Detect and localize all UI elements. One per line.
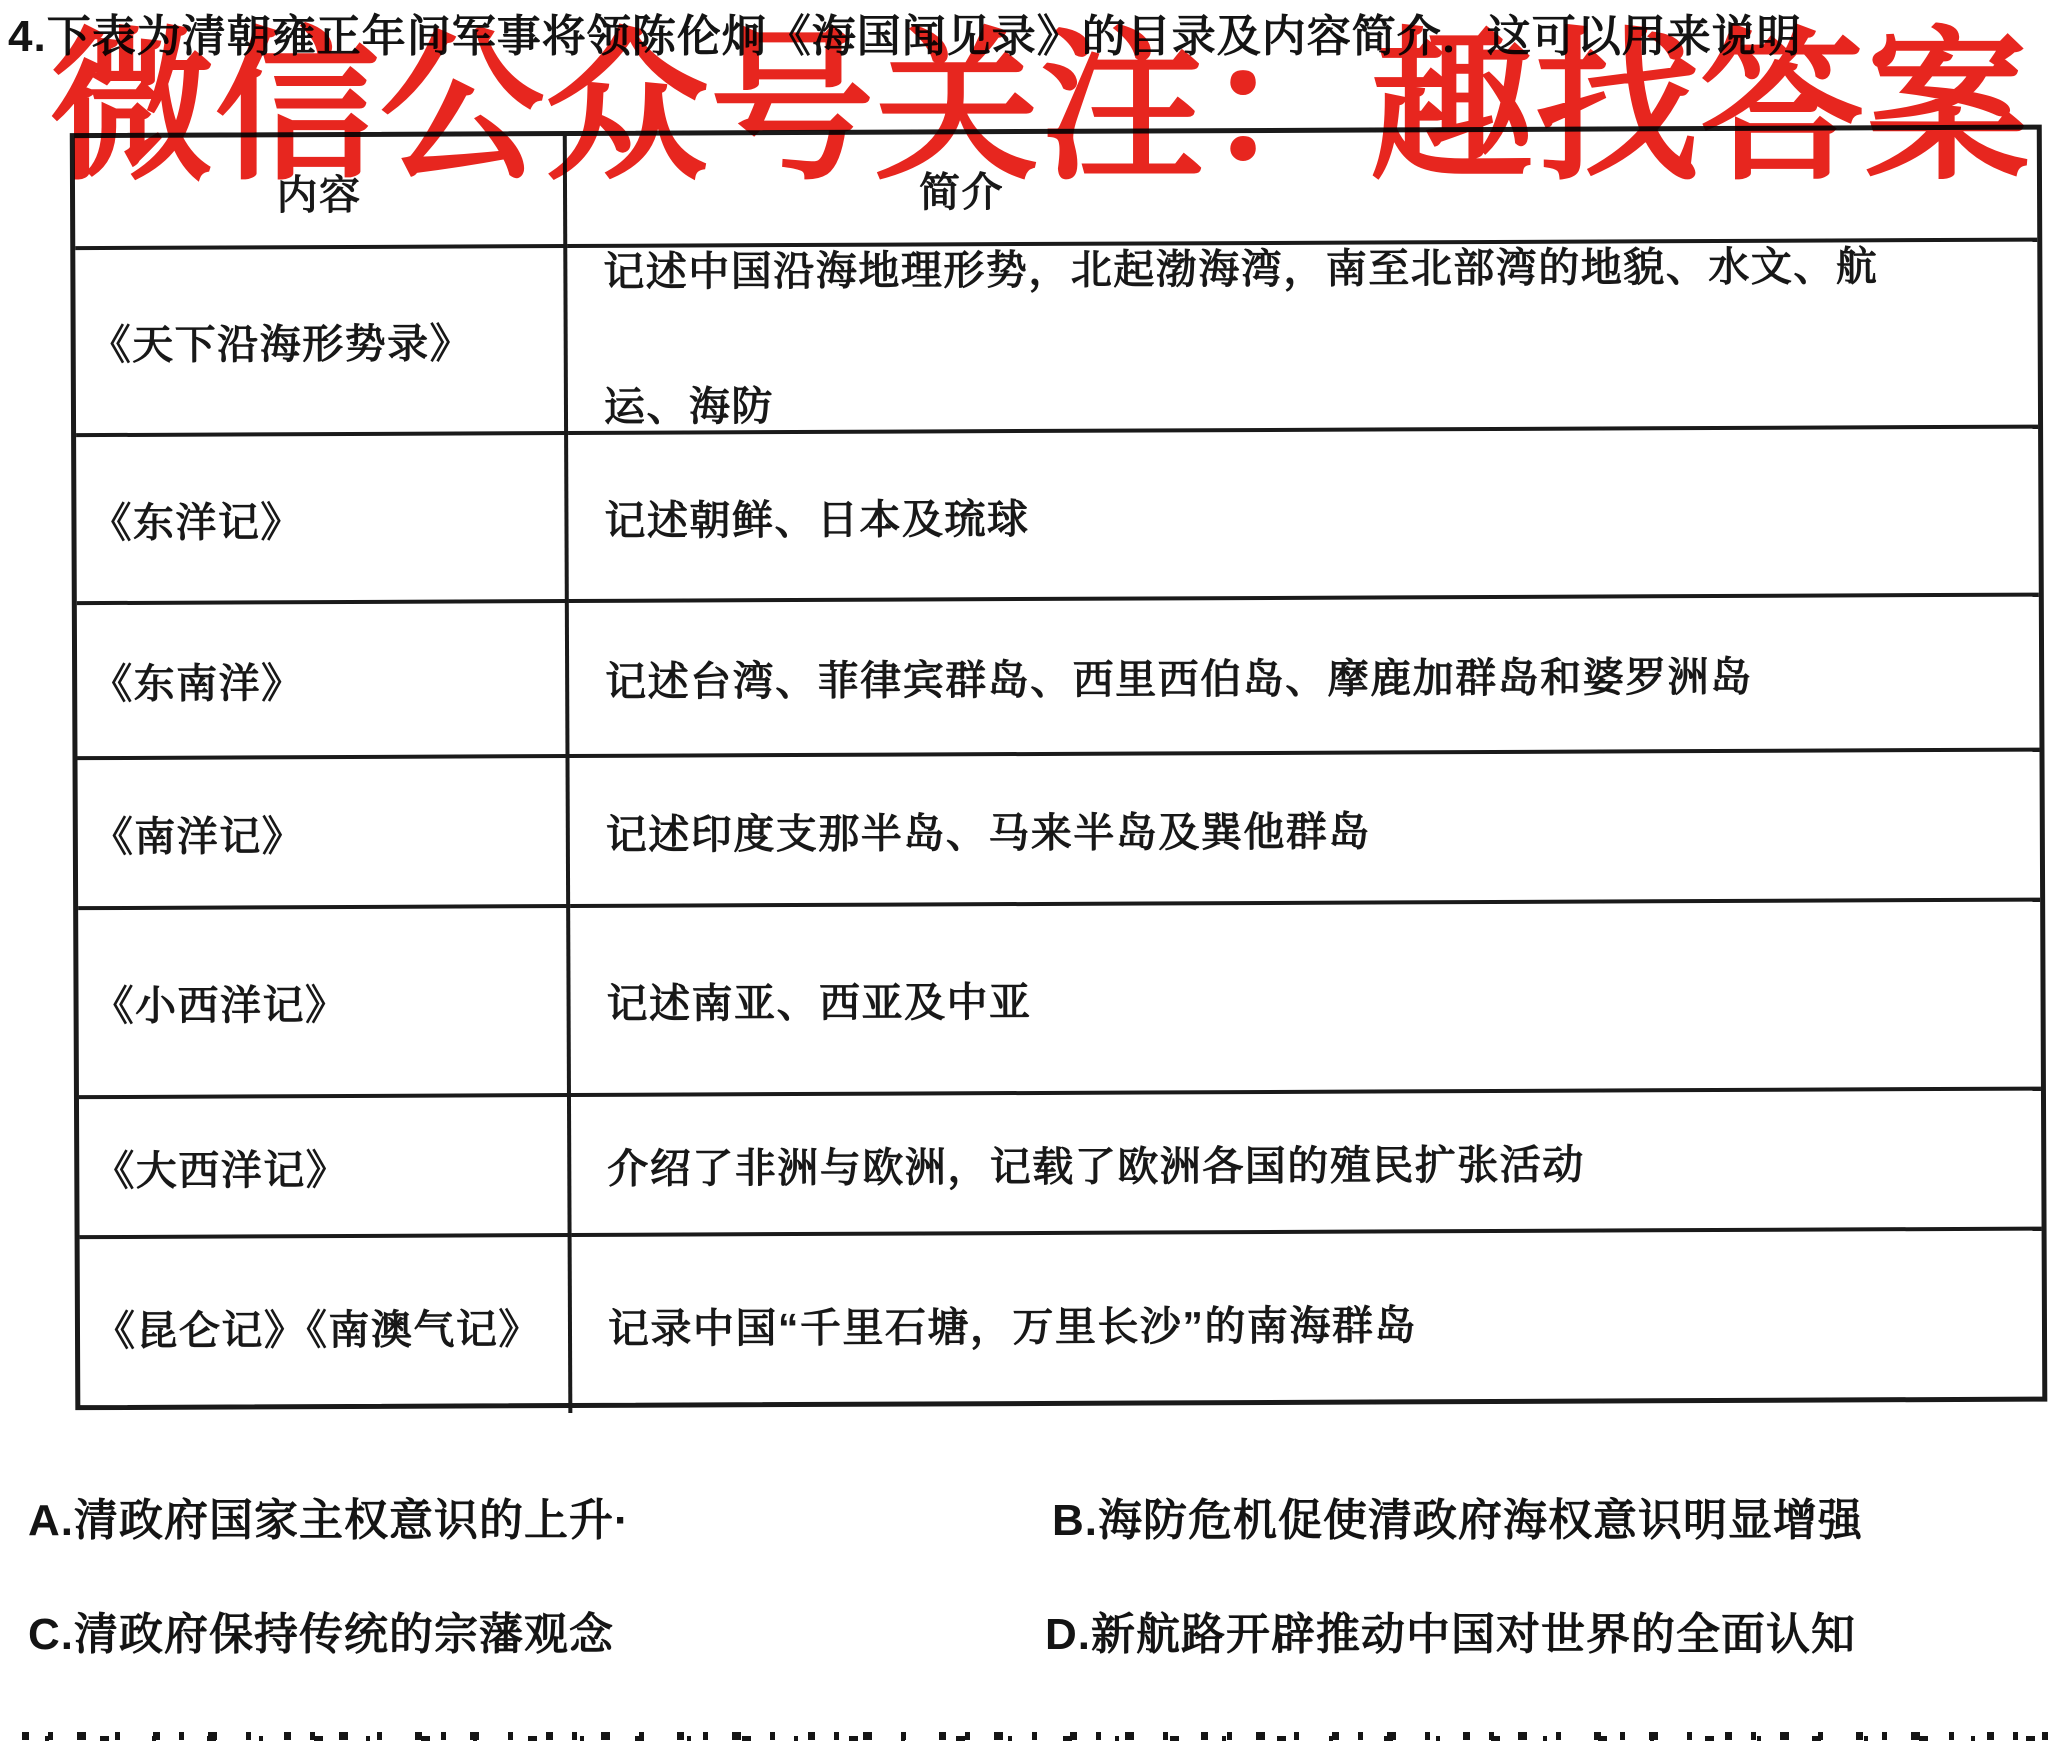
option-c: C.清政府保持传统的宗藩观念 [28,1598,614,1662]
exam-page: 4.下表为清朝雍正年间军事将领陈伦炯《海国闻见录》的目录及内容简介．这可以用来说… [0,0,2070,1741]
option-a: A.清政府国家主权意识的上升· [28,1484,630,1548]
table-row-title: 《昆仑记》《南澳气记》 [80,1237,573,1415]
table-row-desc: 介绍了非洲与欧洲，记载了欧洲各国的殖民扩张活动 [571,1091,2042,1237]
table-row-title: 《大西洋记》 [79,1097,572,1239]
table-row-desc: 记录中国“千里石塘，万里长沙”的南海群岛 [572,1231,2043,1413]
table-row-title: 《东洋记》 [76,435,569,605]
option-b: B.海防危机促使清政府海权意识明显增强 [1052,1484,1863,1548]
table-row-desc: 记述中国沿海地理形势，北起渤海湾，南至北部湾的地貌、水文、航 运、海防 [567,242,2038,435]
table-row-desc: 记述南亚、西亚及中亚 [570,902,2041,1097]
cropped-text-line [22,1726,2048,1741]
option-d: D.新航路开辟推动中国对世界的全面认知 [1045,1598,1856,1662]
table-row-desc: 记述朝鲜、日本及琉球 [568,429,2039,603]
table-row-title: 《东南洋》 [77,603,570,760]
content-table: 内容 简介 《天下沿海形势录》 记述中国沿海地理形势，北起渤海湾，南至北部湾的地… [70,125,2048,1411]
table-row-desc: 记述台湾、菲律宾群岛、西里西伯岛、摩鹿加群岛和婆罗洲岛 [569,597,2040,758]
table-row-title: 《小西洋记》 [78,908,571,1099]
table-row-title: 《天下沿海形势录》 [75,248,568,437]
table-row-desc: 记述印度支那半岛、马来半岛及巽他群岛 [569,752,2040,908]
table-row-title: 《南洋记》 [78,758,571,910]
watermark-text: 微信公众号关注：趣找答案 [50,26,2030,190]
